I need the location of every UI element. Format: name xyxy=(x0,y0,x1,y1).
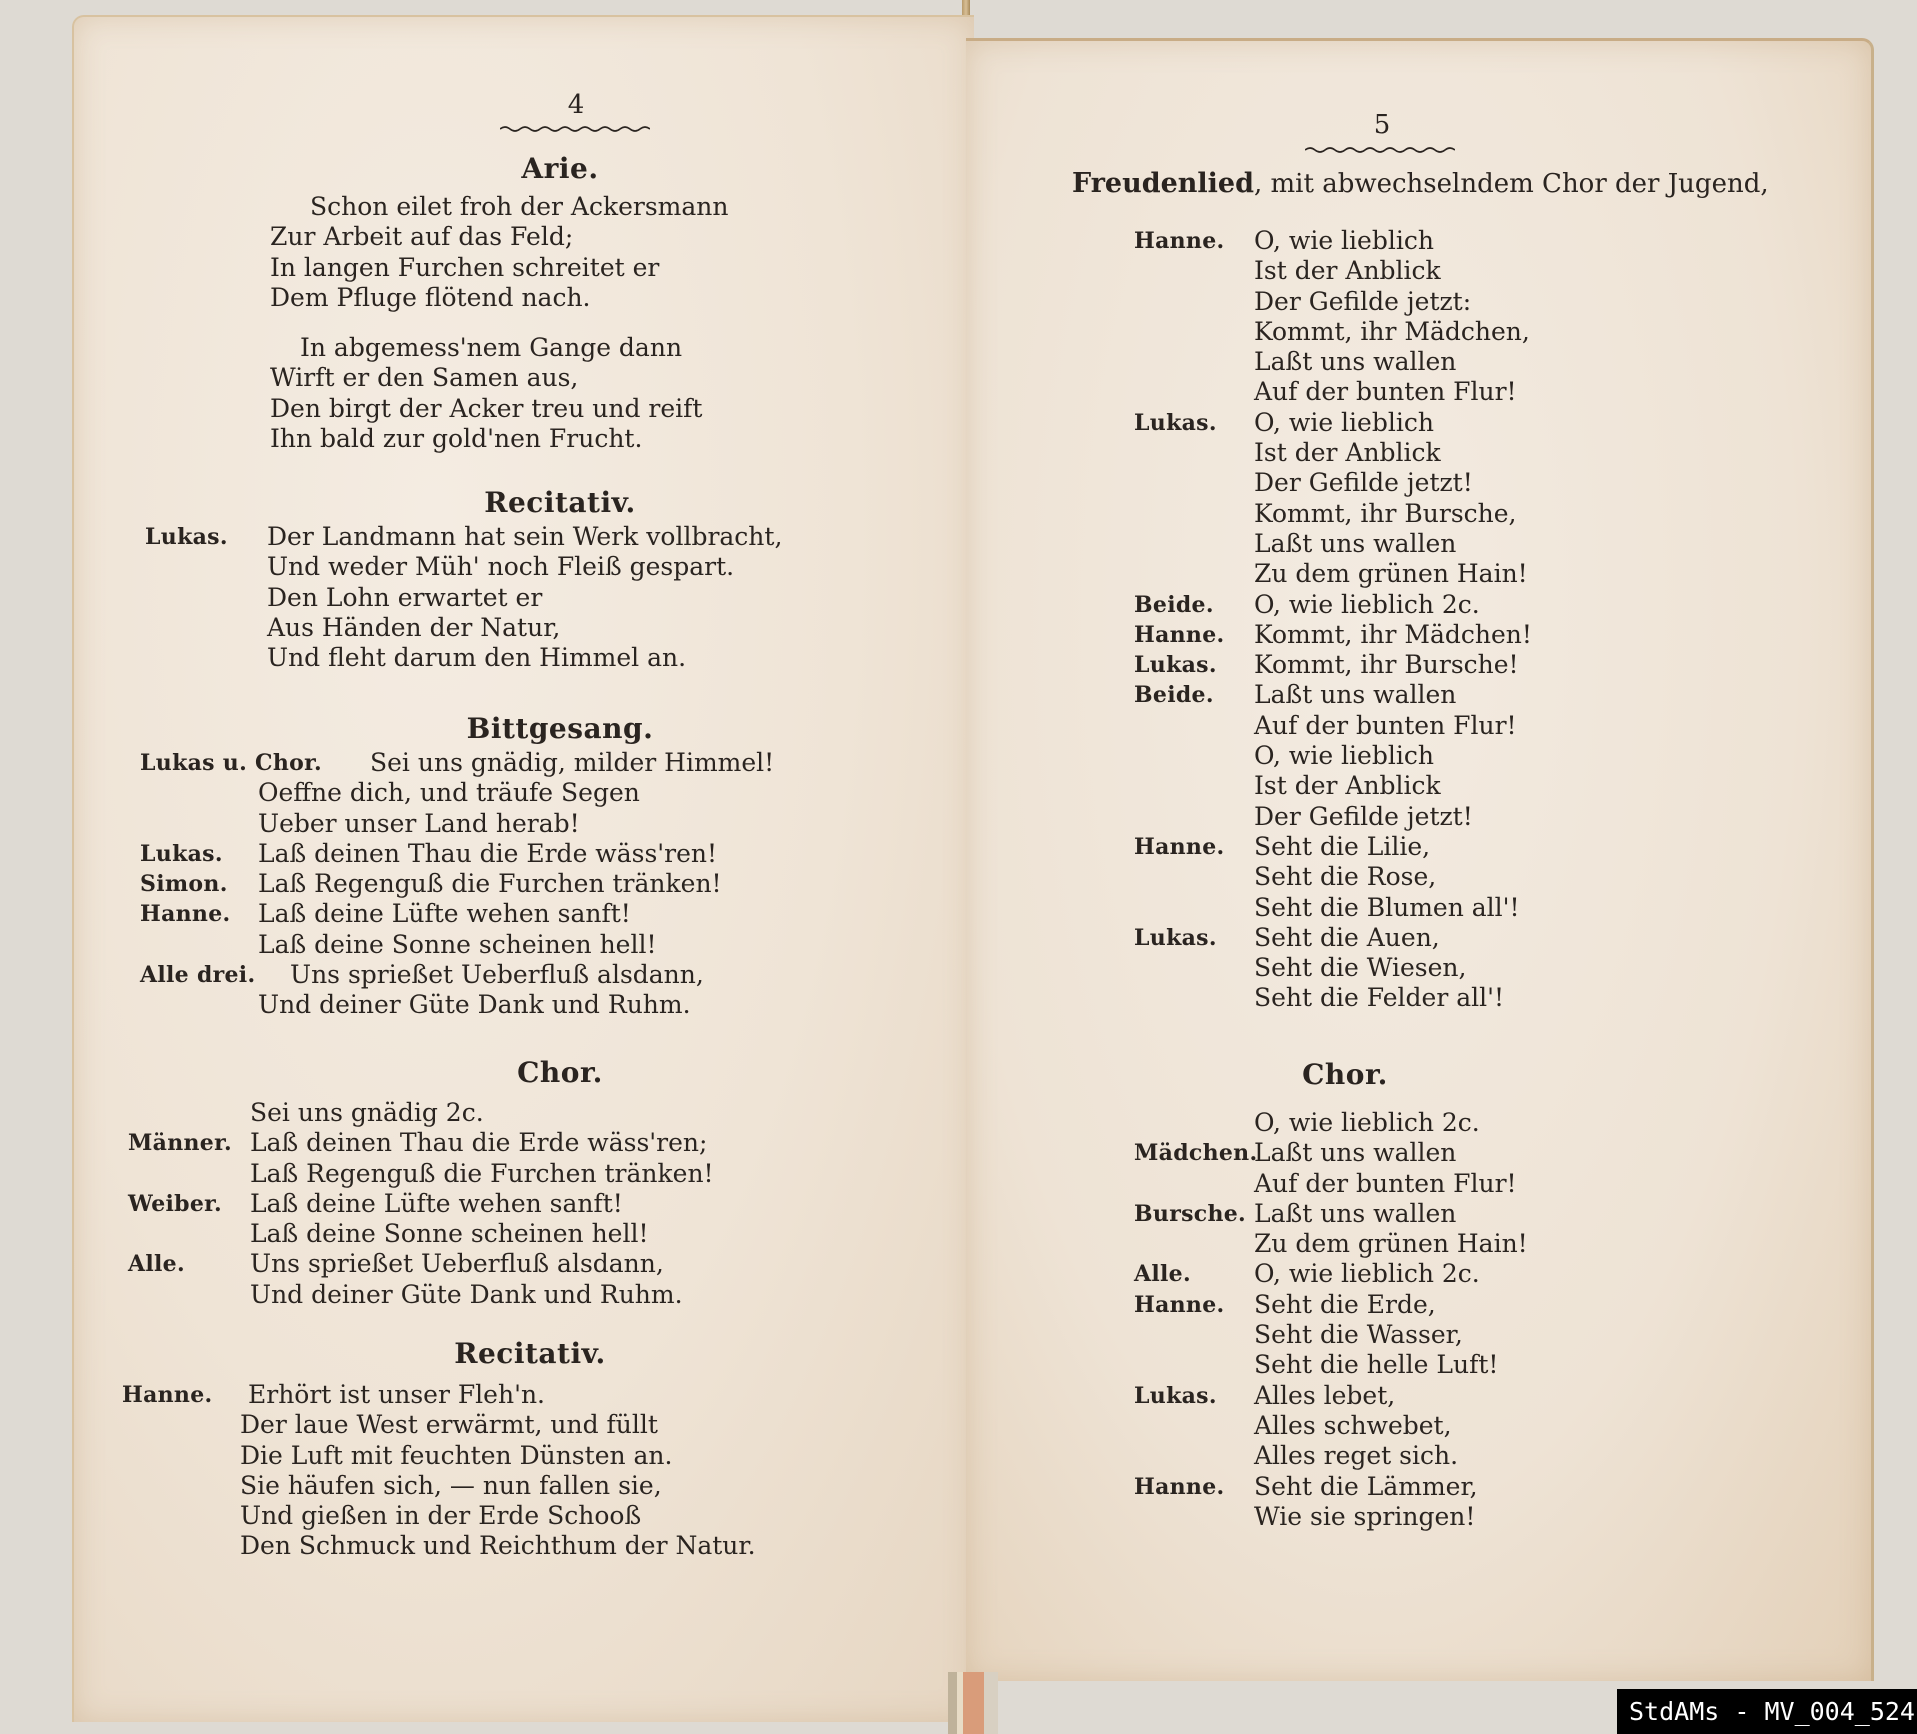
verse-line: Dem Pfluge flötend nach. xyxy=(270,283,591,313)
verse-line: Der Gefilde jetzt! xyxy=(1254,802,1473,832)
verse-line: In langen Furchen schreitet er xyxy=(270,253,659,283)
verse-line: Seht die Erde, xyxy=(1254,1290,1436,1320)
verse-line: O, wie lieblich 2c. xyxy=(1254,590,1480,620)
verse-line: Laß deine Sonne scheinen hell! xyxy=(258,930,657,960)
verse-line: Kommt, ihr Bursche, xyxy=(1254,499,1517,529)
verse-line: Erhört ist unser Fleh'n. xyxy=(248,1380,545,1410)
verse-line: Laßt uns wallen xyxy=(1254,347,1456,377)
speaker-label: Alle drei. xyxy=(140,960,290,990)
speaker-label: Alle. xyxy=(128,1249,250,1279)
verse-line: O, wie lieblich xyxy=(1254,741,1434,771)
verse-line: Laßt uns wallen xyxy=(1254,680,1456,710)
chorus-block: Sei uns gnädig 2c. Männer.Laß deinen Tha… xyxy=(128,1098,714,1310)
speaker-label: Lukas. xyxy=(1134,408,1254,438)
recitative-block-2: Hanne.Erhört ist unser Fleh'n. Der laue … xyxy=(122,1380,756,1562)
verse-line: Laß deinen Thau die Erde wäss'ren; xyxy=(250,1128,707,1158)
verse-line: Kommt, ihr Bursche! xyxy=(1254,650,1519,680)
verse-line: Seht die Lilie, xyxy=(1254,832,1430,862)
section-heading: Recitativ. xyxy=(400,1337,660,1370)
speaker-label: Lukas. xyxy=(140,839,258,869)
verse-line: Laß deine Lüfte wehen sanft! xyxy=(258,899,631,929)
verse-line: Laß Regenguß die Furchen tränken! xyxy=(258,869,722,899)
verse-line: Oeffne dich, und träufe Segen xyxy=(258,778,640,808)
verse-line: Auf der bunten Flur! xyxy=(1254,711,1517,741)
verse-line: Und weder Müh' noch Fleiß gespart. xyxy=(267,552,734,582)
verse-line: O, wie lieblich 2c. xyxy=(1254,1259,1480,1289)
speaker-label: Hanne. xyxy=(1134,1290,1254,1320)
speaker-label: Hanne. xyxy=(140,899,258,929)
verse-line: Der Gefilde jetzt: xyxy=(1254,287,1471,317)
speaker-label: Lukas. xyxy=(1134,650,1254,680)
page-number-right: 5 xyxy=(1352,110,1412,140)
verse-line: Ist der Anblick xyxy=(1254,438,1441,468)
verse-line: Der laue West erwärmt, und füllt xyxy=(240,1410,658,1440)
verse-line: Ihn bald zur gold'nen Frucht. xyxy=(270,424,642,454)
verse-line: Zu dem grünen Hain! xyxy=(1254,559,1528,589)
recitative-block: Lukas.Der Landmann hat sein Werk vollbra… xyxy=(145,522,782,673)
speaker-label: Weiber. xyxy=(128,1189,250,1219)
verse-line: Laßt uns wallen xyxy=(1254,1199,1456,1229)
archive-label: StdAMs - MV_004_524 xyxy=(1617,1689,1917,1734)
ornament-wave-right xyxy=(1305,145,1455,155)
verse-line: Wirft er den Samen aus, xyxy=(270,363,578,393)
verse-line: In abgemess'nem Gange dann xyxy=(300,333,682,363)
verse-line: Alles schwebet, xyxy=(1254,1411,1452,1441)
verse-line: Kommt, ihr Mädchen, xyxy=(1254,317,1530,347)
prayer-song-block: Lukas u. Chor.Sei uns gnädig, milder Him… xyxy=(140,748,774,1021)
verse-line: Den birgt der Acker treu und reift xyxy=(270,394,702,424)
song-title: Freudenlied, mit abwechselndem Chor der … xyxy=(1072,168,1769,199)
verse-line: Alles lebet, xyxy=(1254,1381,1395,1411)
speaker-label: Mädchen. xyxy=(1134,1138,1254,1168)
verse-line: Sei uns gnädig, milder Himmel! xyxy=(370,748,774,778)
verse-line: Der Landmann hat sein Werk vollbracht, xyxy=(267,522,782,552)
verse-line: Sei uns gnädig 2c. xyxy=(250,1098,484,1128)
speaker-label: Hanne. xyxy=(1134,620,1254,650)
verse-line: Kommt, ihr Mädchen! xyxy=(1254,620,1532,650)
verse-line: Seht die Auen, xyxy=(1254,923,1440,953)
verse-line: Und deiner Güte Dank und Ruhm. xyxy=(250,1280,683,1310)
speaker-label: Lukas. xyxy=(145,522,267,552)
verse-block: Schon eilet froh der Ackersmann Zur Arbe… xyxy=(270,192,729,454)
verse-line: Sie häufen sich, — nun fallen sie, xyxy=(240,1471,662,1501)
verse-line: Seht die Wasser, xyxy=(1254,1320,1463,1350)
verse-line: Auf der bunten Flur! xyxy=(1254,1169,1517,1199)
speaker-label: Bursche. xyxy=(1134,1199,1254,1229)
verse-line: O, wie lieblich 2c. xyxy=(1254,1108,1480,1138)
verse-line: Seht die Blumen all'! xyxy=(1254,893,1520,923)
verse-line: Seht die Felder all'! xyxy=(1254,983,1504,1013)
verse-line: Und deiner Güte Dank und Ruhm. xyxy=(258,990,691,1020)
page-number-left: 4 xyxy=(546,90,606,120)
section-heading: Bittgesang. xyxy=(430,712,690,745)
verse-line: O, wie lieblich xyxy=(1254,226,1434,256)
chorus-block-right: O, wie lieblich 2c. Mädchen.Laßt uns wal… xyxy=(1134,1108,1528,1532)
verse-line: Seht die helle Luft! xyxy=(1254,1350,1498,1380)
verse-line: Laßt uns wallen xyxy=(1254,1138,1456,1168)
speaker-label: Hanne. xyxy=(1134,1472,1254,1502)
verse-line: Den Lohn erwartet er xyxy=(267,583,542,613)
section-heading: Recitativ. xyxy=(430,486,690,519)
verse-line: Seht die Lämmer, xyxy=(1254,1472,1478,1502)
verse-line: Ist der Anblick xyxy=(1254,256,1441,286)
speaker-label: Alle. xyxy=(1134,1259,1254,1289)
verse-line: Zu dem grünen Hain! xyxy=(1254,1229,1528,1259)
section-heading: Arie. xyxy=(430,152,690,185)
verse-line: Seht die Wiesen, xyxy=(1254,953,1466,983)
verse-line: Laßt uns wallen xyxy=(1254,529,1456,559)
verse-line: Laß deine Sonne scheinen hell! xyxy=(250,1219,649,1249)
ornament-wave-left xyxy=(500,124,650,134)
verse-line: Aus Händen der Natur, xyxy=(267,613,560,643)
verse-line: Ist der Anblick xyxy=(1254,771,1441,801)
verse-line: Laß deinen Thau die Erde wäss'ren! xyxy=(258,839,717,869)
speaker-label: Beide. xyxy=(1134,680,1254,710)
verse-line: Die Luft mit feuchten Dünsten an. xyxy=(240,1441,672,1471)
verse-line: O, wie lieblich xyxy=(1254,408,1434,438)
speaker-label: Simon. xyxy=(140,869,258,899)
verse-line: Seht die Rose, xyxy=(1254,862,1436,892)
song-title-subtitle: , mit abwechselndem Chor der Jugend, xyxy=(1254,169,1769,199)
verse-line: Auf der bunten Flur! xyxy=(1254,377,1517,407)
verse-line: Zur Arbeit auf das Feld; xyxy=(270,222,573,252)
section-heading: Chor. xyxy=(430,1056,690,1089)
verse-line: Den Schmuck und Reichthum der Natur. xyxy=(240,1531,756,1561)
speaker-label: Männer. xyxy=(128,1128,250,1158)
speaker-label: Lukas u. Chor. xyxy=(140,748,370,778)
verse-line: Und fleht darum den Himmel an. xyxy=(267,643,686,673)
spine-binding-edge xyxy=(948,1672,998,1734)
verse-line: Laß Regenguß die Furchen tränken! xyxy=(250,1159,714,1189)
speaker-label: Hanne. xyxy=(1134,832,1254,862)
speaker-label: Hanne. xyxy=(122,1380,248,1410)
speaker-label: Lukas. xyxy=(1134,923,1254,953)
verse-line: Schon eilet froh der Ackersmann xyxy=(310,192,729,222)
verse-line: Laß deine Lüfte wehen sanft! xyxy=(250,1189,623,1219)
verse-line: Uns sprießet Ueberfluß alsdann, xyxy=(290,960,704,990)
verse-line: Und gießen in der Erde Schooß xyxy=(240,1501,641,1531)
speaker-label: Lukas. xyxy=(1134,1381,1254,1411)
verse-line: Wie sie springen! xyxy=(1254,1502,1475,1532)
verse-line: Uns sprießet Ueberfluß alsdann, xyxy=(250,1249,664,1279)
speaker-label: Hanne. xyxy=(1134,226,1254,256)
joy-song-block: Hanne.O, wie lieblich Ist der Anblick De… xyxy=(1134,226,1532,1014)
verse-line: Ueber unser Land herab! xyxy=(258,809,580,839)
verse-line: Der Gefilde jetzt! xyxy=(1254,468,1473,498)
speaker-label: Beide. xyxy=(1134,590,1254,620)
section-heading: Chor. xyxy=(1245,1058,1445,1091)
verse-line: Alles reget sich. xyxy=(1254,1441,1458,1471)
song-title-bold: Freudenlied xyxy=(1072,168,1254,199)
